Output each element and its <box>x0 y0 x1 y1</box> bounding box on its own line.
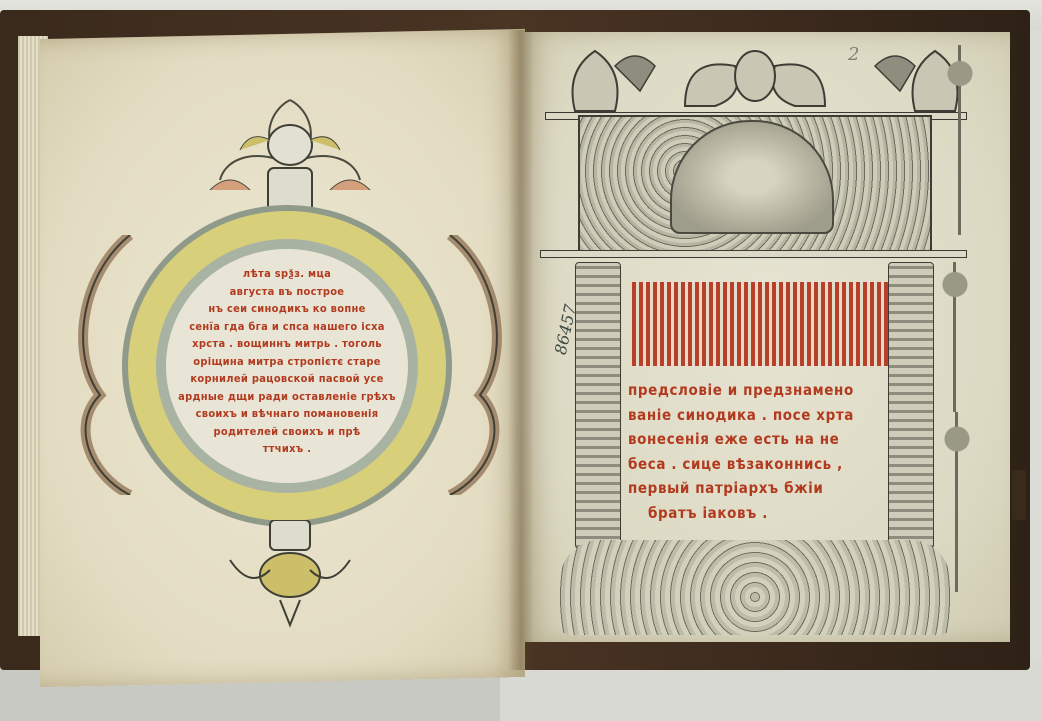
inscription-line: сенїа гда бга и спса нашего ісха <box>176 318 398 336</box>
inscription-line: оріщина митра стропієтє старе <box>176 353 398 371</box>
inscription-line: нъ сеи синодикъ ко вопне <box>176 300 398 318</box>
text-line: вонесенія еже есть на не <box>628 427 890 452</box>
book-gutter <box>508 30 534 670</box>
text-line: первый патріархъ бжіи <box>628 476 890 501</box>
text-line: беса . сице вѣзаконнись , <box>628 452 890 477</box>
text-line: братъ іаковъ . <box>628 501 890 526</box>
floral-border-icon <box>940 45 980 235</box>
inscription-line: хрста . вощиннъ митрь . тоголь <box>176 335 398 353</box>
inscription-line: августа въ построе <box>176 283 398 301</box>
text-line: ваніе синодика . посе хрта <box>628 403 890 428</box>
floral-border-icon <box>937 412 977 592</box>
text-line: предсловіе и предзнамено <box>628 378 890 403</box>
floral-border-icon <box>935 262 975 412</box>
medallion-crest-ornament-icon <box>180 90 400 220</box>
engraved-column-right <box>888 262 934 549</box>
right-page-text: предсловіе и предзнамено ваніе синодика … <box>628 378 890 525</box>
engraved-column-left <box>575 262 621 549</box>
headpiece-lower-bar <box>540 250 967 258</box>
engraved-tailpiece <box>560 540 950 635</box>
medallion-bottom-ornament-icon <box>220 520 360 630</box>
corner-folio-note: 2 <box>848 44 859 65</box>
cover-edge-tab <box>1012 470 1026 520</box>
inscription-line: ардные дщи ради оставленіе грѣхъ <box>176 388 398 406</box>
inscription-line: своихъ и вѣчнаго помановенія <box>176 405 398 423</box>
painted-medallion: лѣта ѕрѯз. мца августа въ построе нъ сеи… <box>110 195 470 540</box>
medallion-text-field: лѣта ѕрѯз. мца августа въ построе нъ сеи… <box>166 249 408 483</box>
inscription-line: корнилей рацовской пасвой усе <box>176 370 398 388</box>
inscription-line: ттчихъ . <box>176 440 398 458</box>
inscription-line: лѣта ѕрѯз. мца <box>176 265 398 283</box>
medallion-inscription: лѣта ѕрѯз. мца августа въ построе нъ сеи… <box>176 265 398 458</box>
inscription-line: родителей своихъ и прѣ <box>176 423 398 441</box>
